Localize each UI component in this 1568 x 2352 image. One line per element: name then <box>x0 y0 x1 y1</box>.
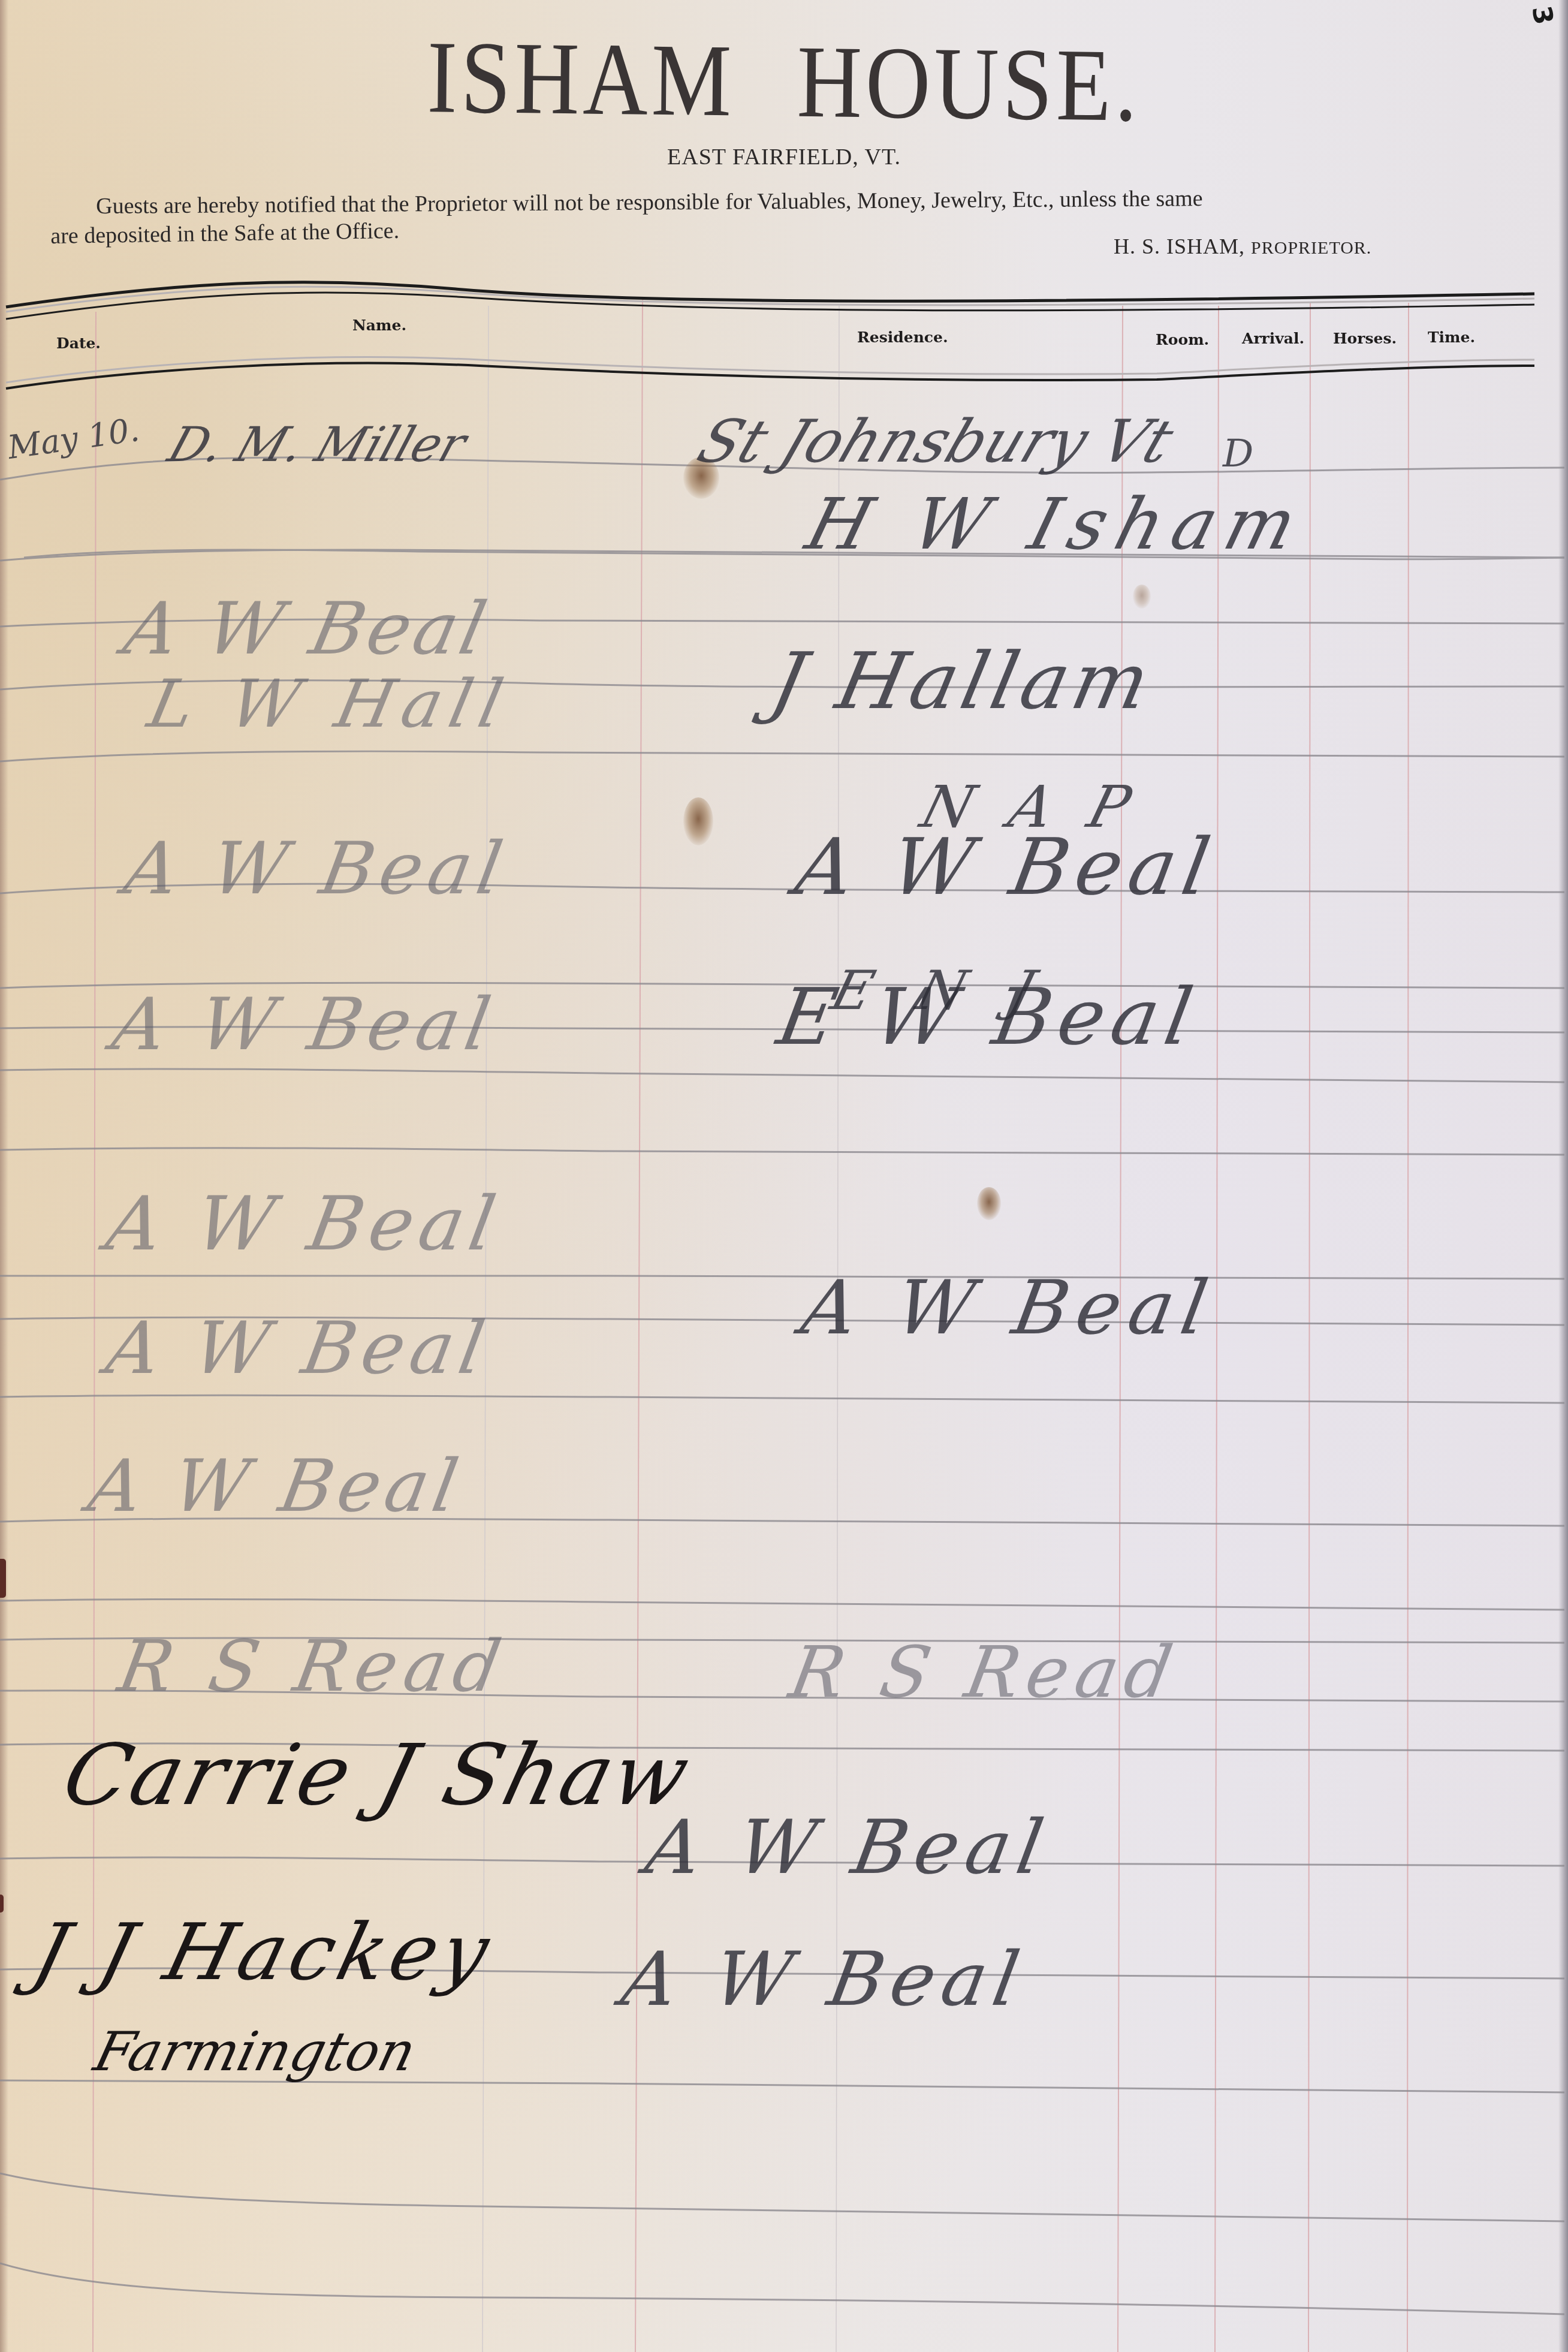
column-header-room: Room. <box>1156 331 1209 348</box>
entry-residence: St Johnsbury Vt <box>689 408 1182 476</box>
ink-stain <box>1133 585 1151 609</box>
entry-name: J J Hackey <box>25 1907 503 1998</box>
column-header-residence: Residence. <box>857 329 948 346</box>
hotel-location: EAST FAIRFIELD, VT. <box>0 144 1568 170</box>
entry-name: R S Read <box>113 1625 514 1707</box>
column-header-horses: Horses. <box>1333 330 1397 347</box>
entry-residence: A W Beal <box>795 1265 1222 1351</box>
entry-name: A W Beal <box>101 1307 496 1390</box>
entry-residence: J Hallam <box>764 636 1162 727</box>
entry-name: L W Hall <box>141 665 517 742</box>
entry-name: D. M. Miller <box>162 417 473 472</box>
entry-residence: R S Read <box>784 1631 1186 1713</box>
column-header-arrival: Arrival. <box>1242 330 1304 347</box>
register-page: 3 <box>0 0 1568 2352</box>
column-header-name: Name. <box>352 317 406 334</box>
entry-name: A W Beal <box>117 588 496 671</box>
liability-notice-line-2: are deposited in the Safe at the Office. <box>50 218 399 249</box>
hotel-title: ISHAM HOUSE. <box>0 13 1568 150</box>
entry-name: A W Beal <box>83 1445 469 1528</box>
column-header-time: Time. <box>1428 329 1475 346</box>
proprietor-signature-line: H. S. ISHAM, PROPRIETOR. <box>1114 234 1371 259</box>
ink-stain <box>683 797 713 845</box>
entry-residence: A W Beal <box>789 821 1224 913</box>
proprietor-name: H. S. ISHAM, <box>1114 234 1251 258</box>
entry-residence: A W Beal <box>616 1937 1032 2023</box>
entry-name: Carrie J Shaw <box>54 1727 701 1824</box>
entry-name: A W Beal <box>100 1181 507 1267</box>
entry-name: Farmington <box>88 2020 422 2083</box>
entry-residence: E W Beal <box>771 971 1207 1062</box>
entry-residence: A W Beal <box>640 1805 1056 1891</box>
entry-name: A W Beal <box>107 983 502 1067</box>
column-header-date: Date. <box>56 335 101 352</box>
ink-stain <box>977 1187 1001 1220</box>
entry-residence: H W Isham <box>798 483 1316 565</box>
entry-room: D <box>1223 432 1253 476</box>
proprietor-title: PROPRIETOR. <box>1251 238 1371 258</box>
entry-name: A W Beal <box>119 827 514 911</box>
